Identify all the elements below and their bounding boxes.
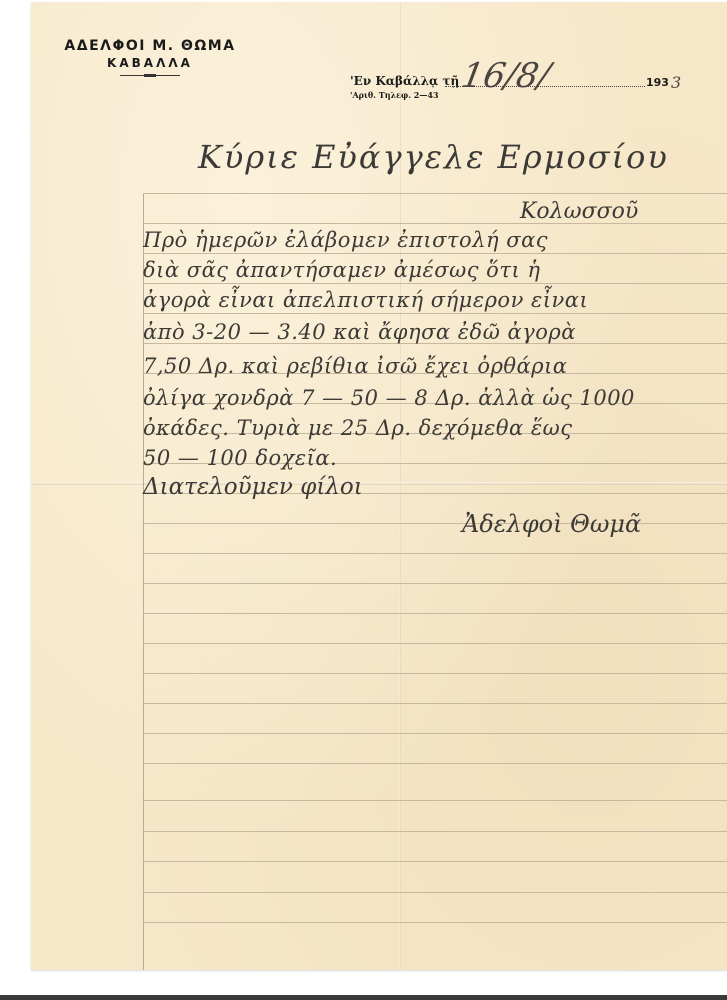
company-name: ΑΔΕΛΦΟΙ Μ. ΘΩΜΑ (50, 38, 250, 54)
ruled-line (143, 583, 727, 584)
scanner-edge-strip (0, 995, 727, 1000)
body-line: ἀγορὰ εἶναι ἀπελπιστική σήμερον εἶναι (143, 288, 588, 312)
ruled-line (143, 253, 727, 254)
company-city: ΚΑΒΑΛΛΑ (50, 56, 250, 70)
letterhead: ΑΔΕΛΦΟΙ Μ. ΘΩΜΑ ΚΑΒΑΛΛΑ (50, 38, 250, 76)
ruled-line (143, 892, 727, 893)
body-line: ὀκάδες. Τυριὰ με 25 Δρ. δεχόμεθα ἕως (143, 416, 573, 440)
closing-phrase: Διατελοῦμεν φίλοι (143, 474, 363, 500)
printed-year-prefix: 193 (646, 76, 669, 89)
body-line: διὰ σᾶς ἀπαντήσαμεν ἀμέσως ὅτι ἡ (143, 258, 540, 282)
printed-place-date-label: 'Εν Καβάλλᾳ τῇ (350, 74, 459, 88)
ruled-line (143, 643, 727, 644)
ruled-line (143, 733, 727, 734)
body-line: 7,50 Δρ. καὶ ρεβίθια ἰσῶ ἔχει ὀρθάρια (143, 354, 568, 378)
ruled-line (143, 922, 727, 923)
handwritten-year-digit: 3 (671, 73, 681, 92)
signature: Ἀδελφοὶ Θωμᾶ (462, 510, 641, 538)
printed-phone-number: 'Αριθ. Τηλεφ. 2—43 (350, 90, 439, 100)
ruled-line (143, 763, 727, 764)
handwritten-date: 16/8/ (458, 56, 553, 96)
ruled-line (143, 613, 727, 614)
horizontal-fold-crease (31, 482, 727, 485)
body-line: ὀλίγα χονδρὰ 7 — 50 — 8 Δρ. ἀλλὰ ὡς 1000 (143, 386, 635, 410)
ruled-line (143, 703, 727, 704)
ruled-line (143, 283, 727, 284)
ruled-line (143, 800, 727, 801)
salutation: Κύριε Εὐάγγελε Ερμοσίου (198, 138, 669, 176)
ornament-divider (120, 75, 180, 76)
ruled-line (143, 831, 727, 832)
ruled-line (143, 193, 727, 194)
ruled-line (143, 313, 727, 314)
body-line: Πρὸ ἡμερῶν ἐλάβομεν ἐπιστολή σας (143, 228, 548, 252)
ruled-line (143, 223, 727, 224)
body-line: 50 — 100 δοχεῖα. (143, 446, 337, 470)
recipient-place: Κολωσσοῦ (520, 199, 638, 224)
ruled-line (143, 673, 727, 674)
ruled-line (143, 553, 727, 554)
ruled-line (143, 861, 727, 862)
body-line: ἀπὸ 3-20 — 3.40 καὶ ἄφησα ἐδῶ ἀγορὰ (143, 320, 576, 344)
